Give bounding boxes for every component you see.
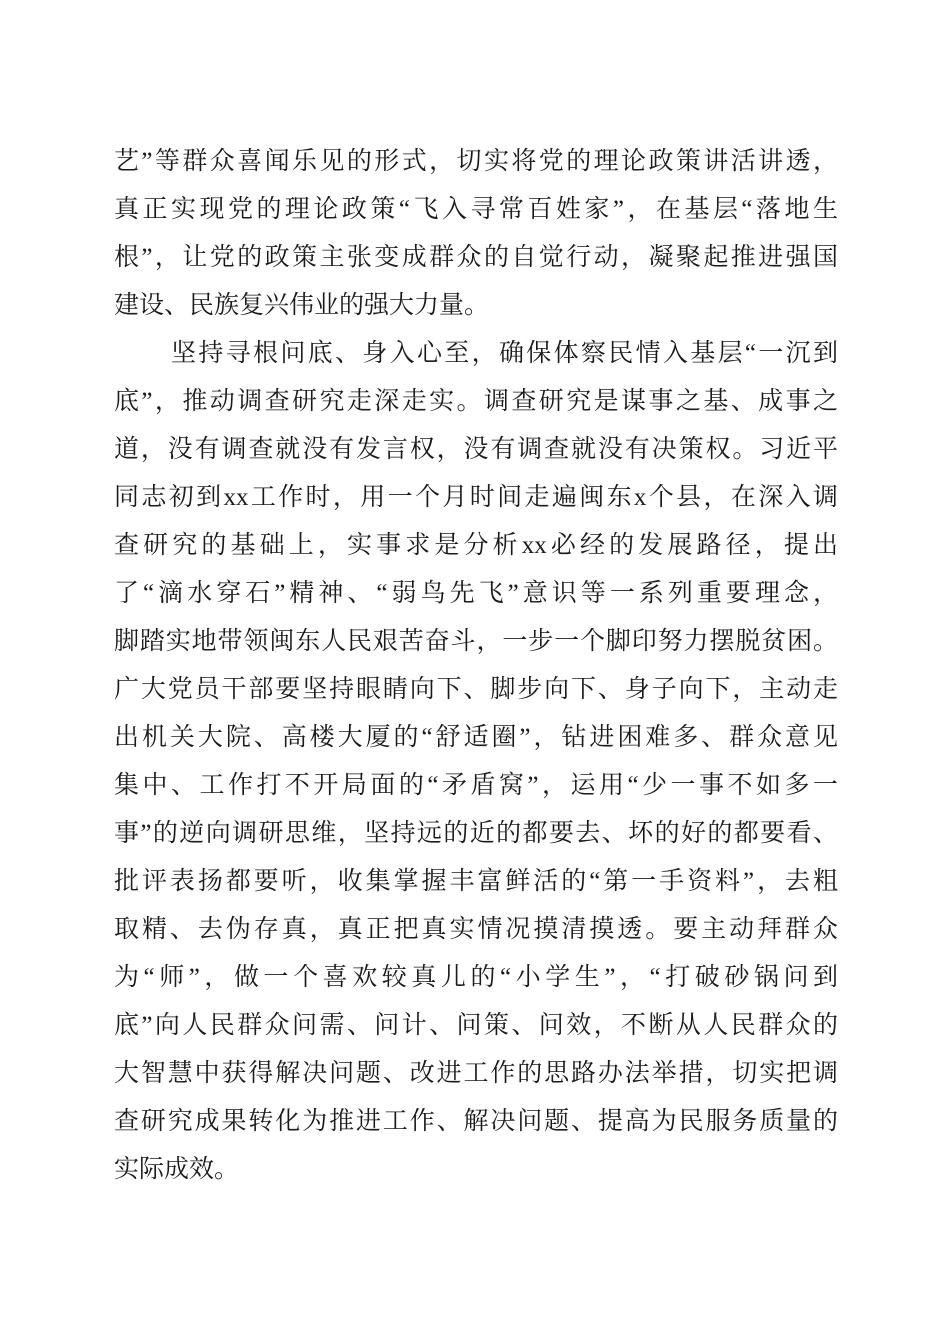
document-text: 艺”等群众喜闻乐见的形式，切实将党的理论政策讲活讲透， 真正实现党的理论政策“飞… [114,138,838,1194]
text-line: 底”，推动调查研究走深走实。调查研究是谋事之基、成事之 [114,378,838,426]
text-line: 集中、工作打不开局面的“矛盾窝”，运用“少一事不如多一 [114,762,838,810]
text-line: 出机关大院、高楼大厦的“舒适圈”，钻进困难多、群众意见 [114,714,838,762]
text-line: 查研究成果转化为推进工作、解决问题、提高为民服务质量的 [114,1098,838,1146]
text-line: 取精、去伪存真，真正把真实情况摸清摸透。要主动拜群众 [114,906,838,954]
text-line: 真正实现党的理论政策“飞入寻常百姓家”，在基层“落地生 [114,186,838,234]
text-line: 建设、民族复兴伟业的强大力量。 [114,282,838,330]
text-line: 广大党员干部要坚持眼睛向下、脚步向下、身子向下，主动走 [114,666,838,714]
text-line: 实际成效。 [114,1146,838,1194]
text-line: 根”，让党的政策主张变成群众的自觉行动，凝聚起推进强国 [114,234,838,282]
text-line: 道，没有调查就没有发言权，没有调查就没有决策权。习近平 [114,426,838,474]
text-line: 底”向人民群众问需、问计、问策、问效，不断从人民群众的 [114,1002,838,1050]
text-line: 脚踏实地带领闽东人民艰苦奋斗，一步一个脚印努力摆脱贫困。 [114,618,838,666]
text-line: 为“师”，做一个喜欢较真儿的“小学生”，“打破砂锅问到 [114,954,838,1002]
text-line: 大智慧中获得解决问题、改进工作的思路办法举措，切实把调 [114,1050,838,1098]
text-line: 了“滴水穿石”精神、“弱鸟先飞”意识等一系列重要理念， [114,570,838,618]
text-line: 同志初到xx工作时，用一个月时间走遍闽东x个县，在深入调 [114,474,838,522]
text-line: 查研究的基础上，实事求是分析xx必经的发展路径，提出 [114,522,838,570]
text-line: 批评表扬都要听，收集掌握丰富鲜活的“第一手资料”，去粗 [114,858,838,906]
text-line: 事”的逆向调研思维，坚持远的近的都要去、坏的好的都要看、 [114,810,838,858]
document-page: 艺”等群众喜闻乐见的形式，切实将党的理论政策讲活讲透， 真正实现党的理论政策“飞… [0,0,950,1344]
text-line: 艺”等群众喜闻乐见的形式，切实将党的理论政策讲活讲透， [114,138,838,186]
text-line: 坚持寻根问底、身入心至，确保体察民情入基层“一沉到 [114,330,838,378]
